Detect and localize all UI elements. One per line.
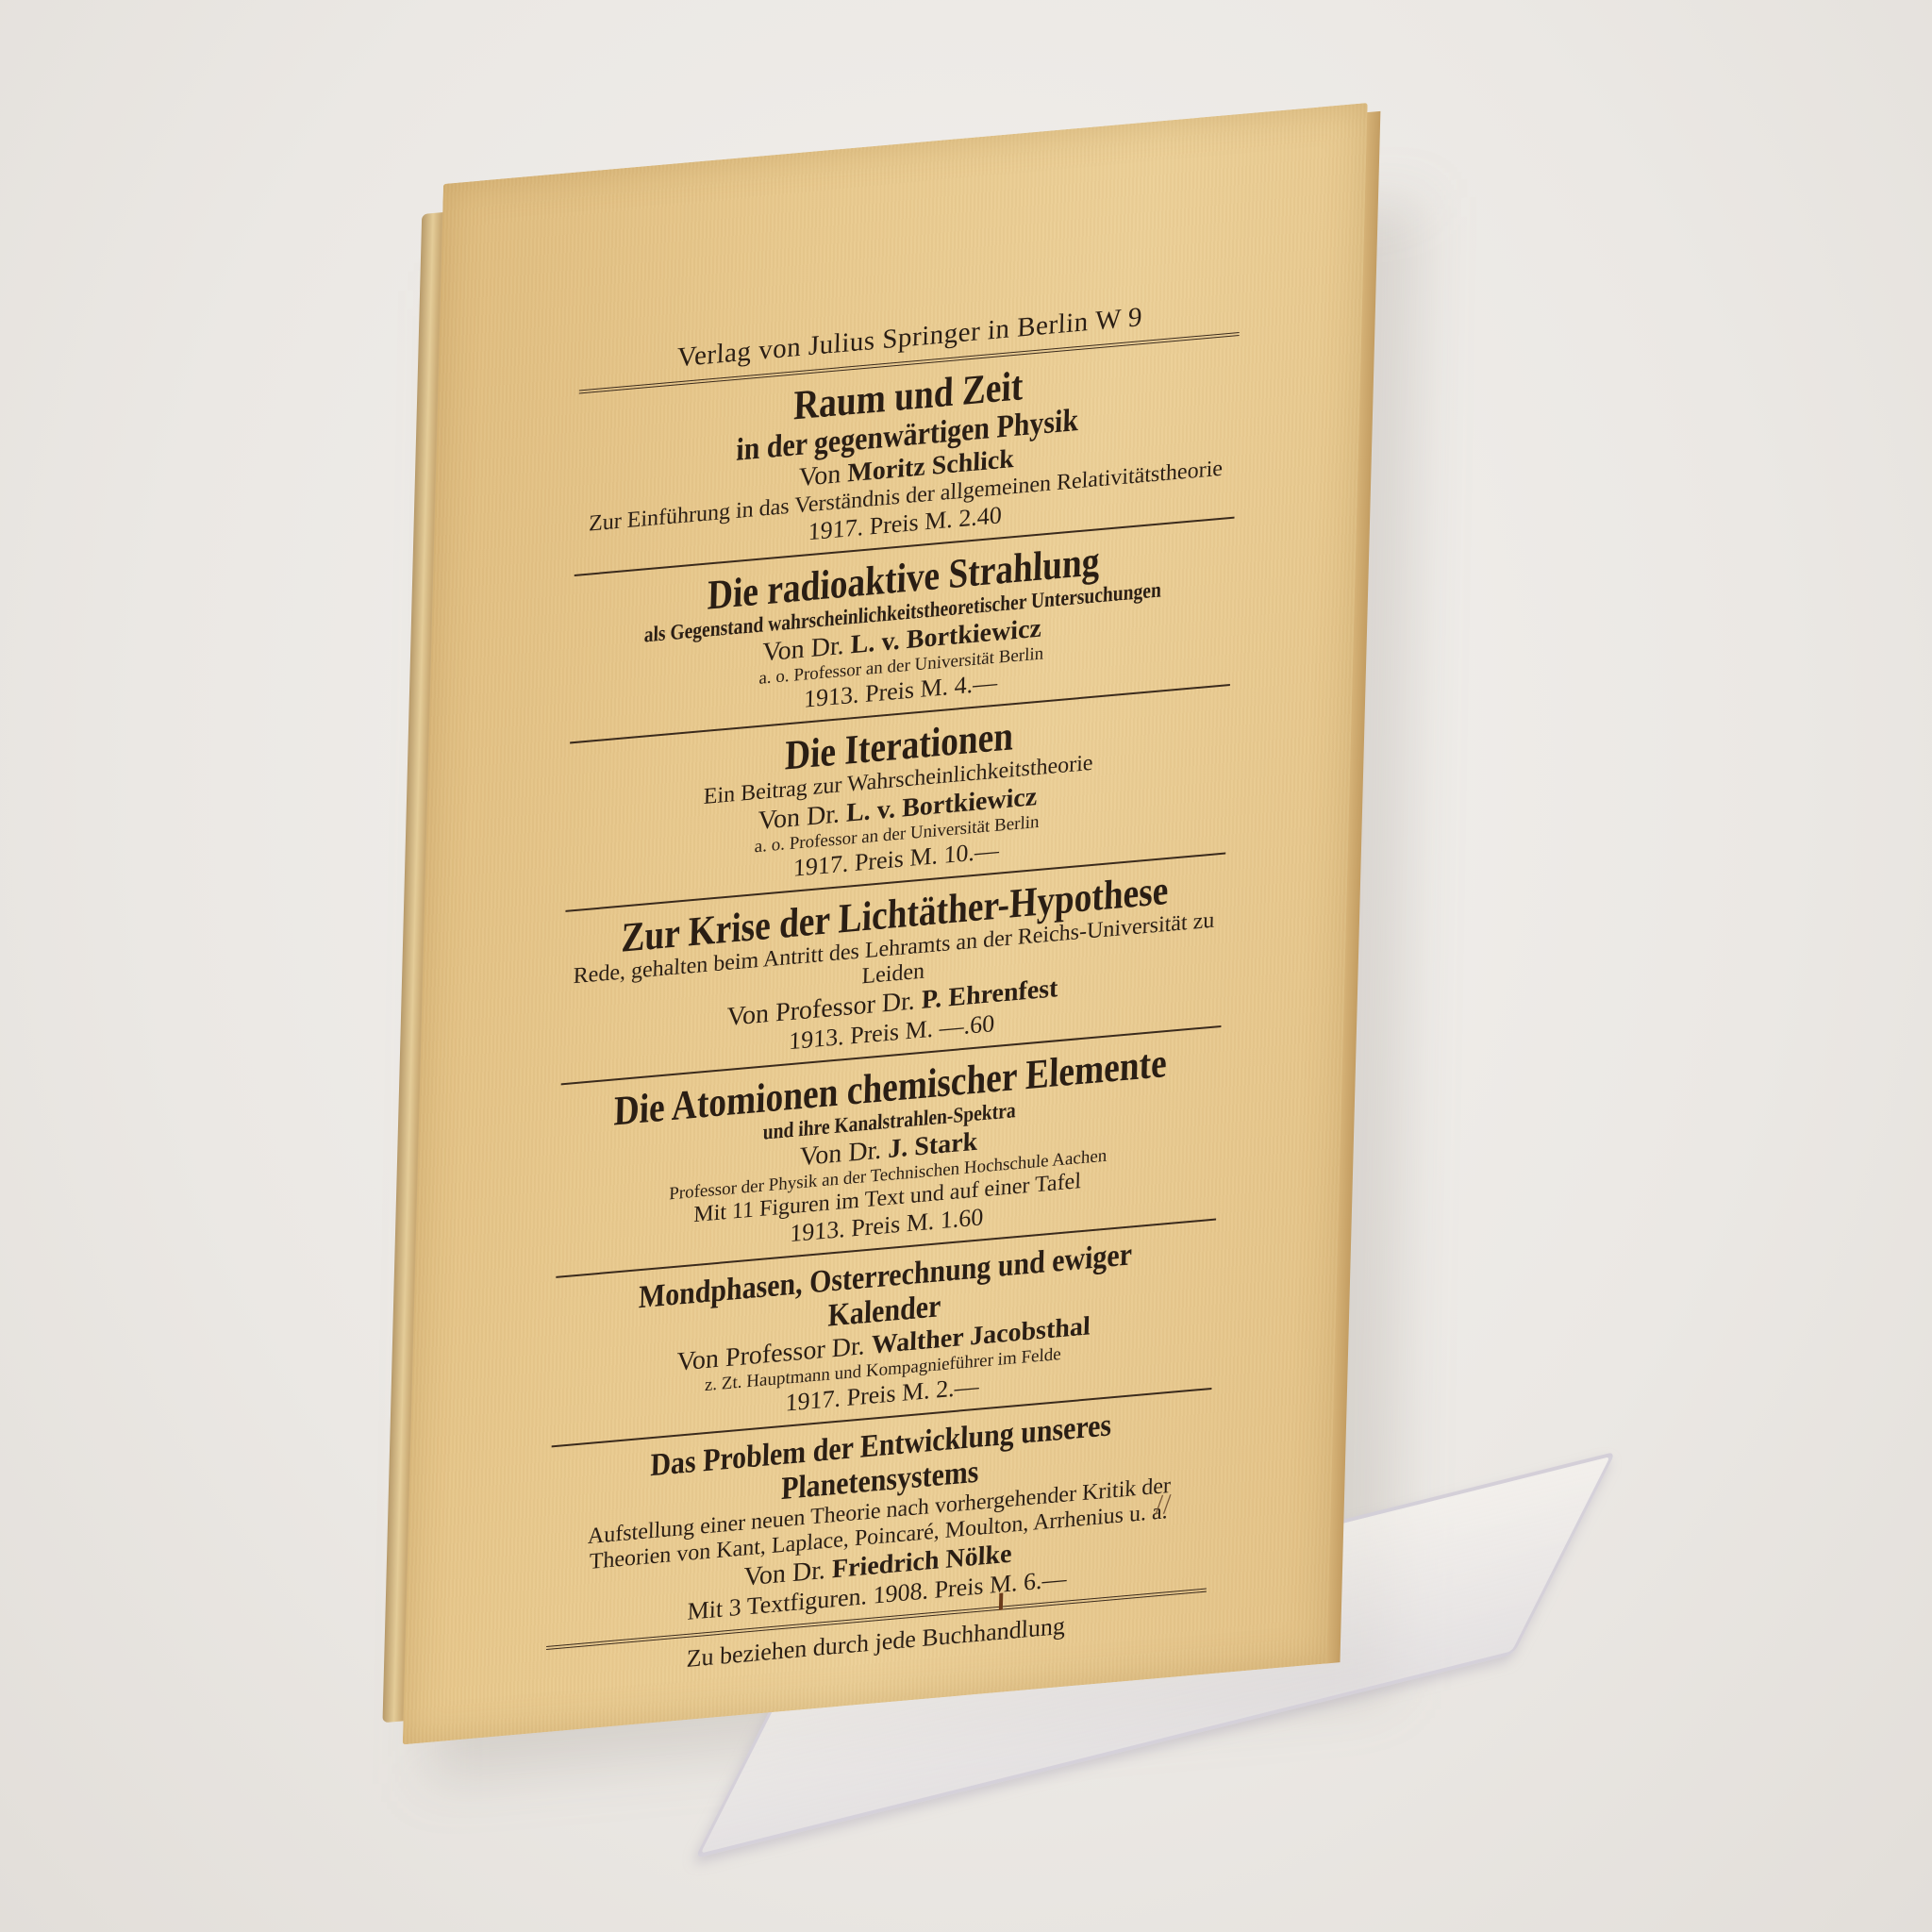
advertisement-text: Verlag von Julius Springer in Berlin W 9… — [545, 293, 1241, 1686]
book: Verlag von Julius Springer in Berlin W 9… — [403, 103, 1368, 1744]
photo-scene: Verlag von Julius Springer in Berlin W 9… — [0, 0, 1932, 1932]
stain-spot — [999, 1592, 1003, 1609]
author-prefix: Von — [798, 459, 841, 492]
handwritten-mark: // — [1155, 1489, 1172, 1523]
book-listing: Das Problem der Entwicklung unseres Plan… — [546, 1395, 1211, 1641]
